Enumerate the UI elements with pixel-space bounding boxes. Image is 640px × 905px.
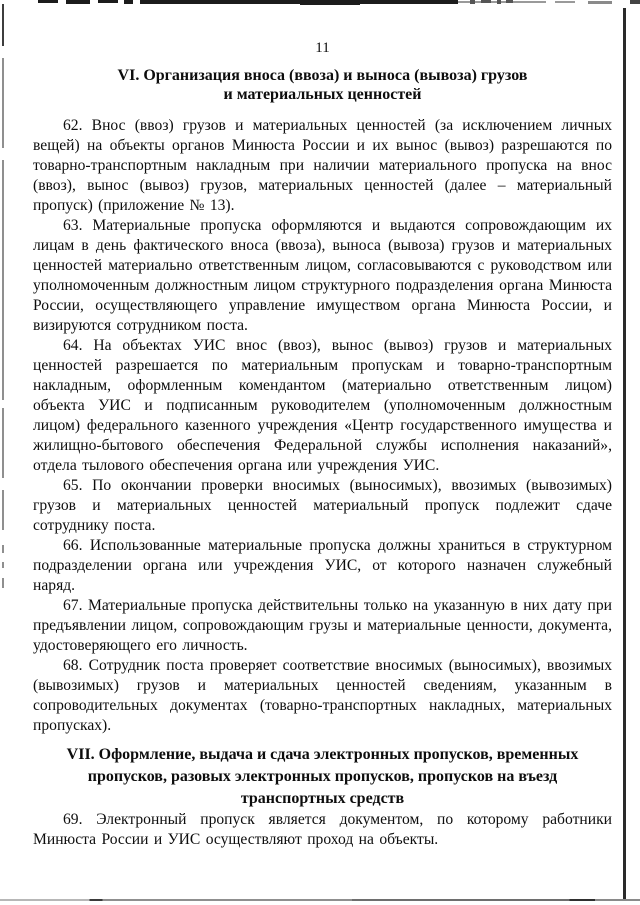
heading-line: и материальных ценностей — [33, 85, 612, 104]
paragraph-63: 63. Материальные пропуска оформляются и … — [33, 216, 612, 336]
page-number: 11 — [33, 38, 612, 58]
paragraph-65: 65. По окончании проверки вносимых (выно… — [33, 476, 612, 536]
heading-line: VII. Оформление, выдача и сдача электрон… — [33, 744, 612, 766]
section-vii-body: 69. Электронный пропуск является докумен… — [33, 810, 612, 850]
paragraph-67: 67. Материальные пропуска действительны … — [33, 596, 612, 656]
heading-line: пропусков, разовых электронных пропусков… — [33, 766, 612, 788]
document-content: 11 VI. Организация вноса (ввоза) и вынос… — [33, 0, 612, 850]
scan-artifact-right-edge — [623, 8, 626, 900]
paragraph-68: 68. Сотрудник поста проверяет соответств… — [33, 656, 612, 736]
heading-line: VI. Организация вноса (ввоза) и выноса (… — [33, 66, 612, 85]
scan-artifact-bottom-edge — [0, 899, 640, 901]
section-vi-body: 62. Внос (ввоз) грузов и материальных це… — [33, 116, 612, 736]
paragraph-66: 66. Использованные материальные пропуска… — [33, 536, 612, 596]
scanned-document-page: 11 VI. Организация вноса (ввоза) и вынос… — [0, 0, 640, 905]
paragraph-64: 64. На объектах УИС внос (ввоз), вынос (… — [33, 336, 612, 476]
section-vi-heading: VI. Организация вноса (ввоза) и выноса (… — [33, 66, 612, 104]
section-vii-heading: VII. Оформление, выдача и сдача электрон… — [33, 744, 612, 810]
heading-line: транспортных средств — [33, 788, 612, 810]
paragraph-62: 62. Внос (ввоз) грузов и материальных це… — [33, 116, 612, 216]
paragraph-69: 69. Электронный пропуск является докумен… — [33, 810, 612, 850]
